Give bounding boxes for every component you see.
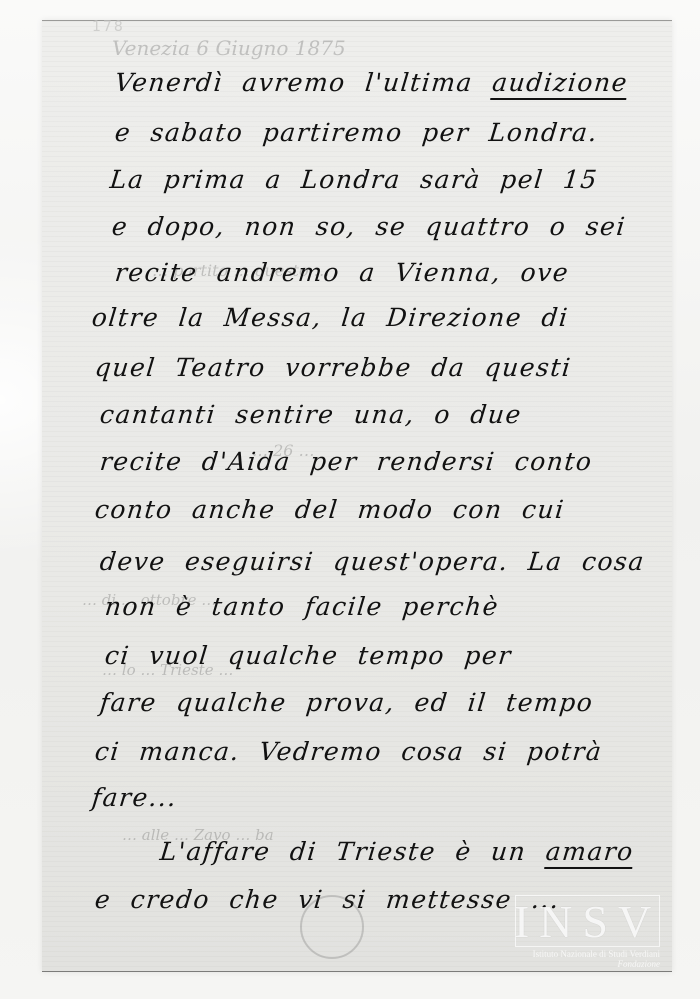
handwritten-line: e dopo, non so, se quattro o sei: [110, 212, 627, 241]
handwritten-line: ci manca. Vedremo cosa si potrà: [93, 737, 603, 766]
handwritten-line: e sabato partiremo per Londra.: [113, 118, 599, 147]
handwritten-line: deve eseguirsi quest'opera. La cosa: [98, 547, 646, 576]
archive-stamp: [300, 895, 364, 959]
watermark-institution: Istituto Nazionale di Studi Verdiani: [515, 949, 660, 959]
handwritten-line: fare...: [90, 783, 178, 812]
handwritten-line: oltre la Messa, la Direzione di: [90, 303, 570, 332]
faint-header: Venezia 6 Giugno 1875: [112, 36, 346, 60]
underlined-word: amaro: [544, 837, 635, 869]
handwritten-line: recite andremo a Vienna, ove: [113, 258, 570, 287]
underlined-word: audizione: [491, 68, 630, 100]
watermark-subtitle: Fondazione: [515, 959, 660, 969]
handwritten-line: non è tanto facile perchè: [103, 592, 500, 621]
watermark: INSV Istituto Nazionale di Studi Verdian…: [515, 895, 660, 975]
handwritten-line: ci vuol qualche tempo per: [103, 641, 513, 670]
handwritten-line: conto anche del modo con cui: [93, 495, 566, 524]
handwritten-line: La prima a Londra sarà pel 15: [108, 165, 599, 194]
handwritten-line: L'affare di Trieste è un amaro: [158, 837, 635, 866]
watermark-logo: INSV: [515, 895, 660, 947]
handwritten-line: quel Teatro vorrebbe da questi: [93, 353, 573, 382]
handwritten-line: cantanti sentire una, o due: [98, 400, 523, 429]
folio-mark: 178: [92, 19, 125, 35]
handwritten-line: fare qualche prova, ed il tempo: [98, 688, 594, 717]
handwritten-line: Venerdì avremo l'ultima audizione: [113, 68, 629, 97]
handwritten-line: recite d'Aida per rendersi conto: [98, 447, 594, 476]
